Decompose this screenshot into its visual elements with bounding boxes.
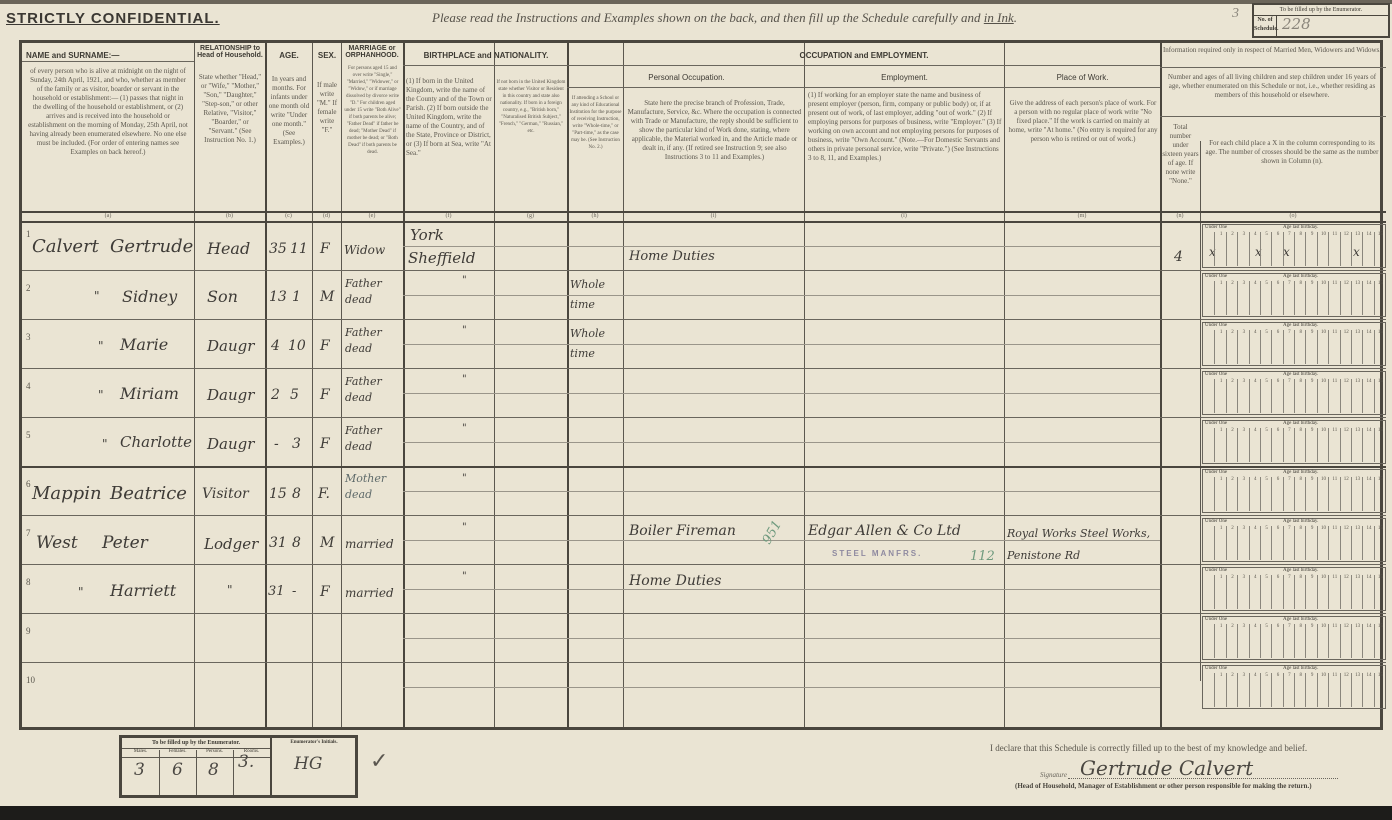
- age-column: 15: [1374, 330, 1386, 364]
- instruction-line: Please read the Instructions and Example…: [432, 10, 1017, 26]
- divider: [194, 43, 195, 727]
- child-age-grid: Under OneAge last birthday.1234567891011…: [1202, 273, 1386, 317]
- enumerator-initials: HG: [294, 754, 322, 774]
- divider: [403, 43, 405, 727]
- child-age-grid: Under One Age last birthday. x x x x 123…: [1202, 224, 1386, 268]
- age-column: 15: [1374, 673, 1386, 707]
- rooms-count: 3.: [238, 752, 254, 772]
- child-age-grid: Under OneAge last birthday.1234567891011…: [1202, 371, 1386, 415]
- occupation-code: 951: [760, 518, 785, 547]
- age-column: 15: [1374, 526, 1386, 560]
- child-age-grid: Under OneAge last birthday.1234567891011…: [1202, 567, 1386, 611]
- child-age-grid: Under OneAge last birthday.1234567891011…: [1202, 616, 1386, 660]
- divider: [312, 43, 313, 727]
- divider: [1004, 43, 1005, 727]
- age-column: 15: [1374, 379, 1386, 413]
- persons-count: 8: [208, 760, 219, 780]
- child-age-grid: Under OneAge last birthday.1234567891011…: [1202, 665, 1386, 709]
- age-column: 15: [1374, 281, 1386, 315]
- divider: [804, 43, 805, 727]
- divider: [265, 43, 267, 727]
- schedule-number: 228: [1282, 15, 1311, 33]
- census-form-table: NAME and SURNAME:— of every person who i…: [19, 40, 1383, 730]
- employment-code: 112: [970, 549, 995, 564]
- forename: Gertrude: [110, 236, 193, 257]
- signature-label: Signature: [1040, 771, 1067, 779]
- child-age-grid: Under OneAge last birthday.1234567891011…: [1202, 518, 1386, 562]
- divider: [623, 43, 624, 727]
- age-column: 15: [1374, 477, 1386, 511]
- age-column: 15: [1374, 428, 1386, 462]
- child-age-grid: Under OneAge last birthday.1234567891011…: [1202, 322, 1386, 366]
- surname: Calvert: [32, 236, 99, 257]
- schedule-number-box: To be filled up by the Enumerator. No. o…: [1252, 3, 1390, 38]
- relationship: Head: [207, 239, 250, 258]
- divider: [494, 43, 495, 727]
- enumerator-summary-box: To be filled up by the Enumerator. Males…: [119, 735, 358, 798]
- top-edge: [0, 0, 1392, 4]
- age-column: 15: [1374, 232, 1386, 266]
- signature: Gertrude Calvert: [1080, 756, 1253, 780]
- bottom-edge: [0, 806, 1392, 820]
- age-column: 15: [1374, 575, 1386, 609]
- females-count: 6: [172, 760, 183, 780]
- divider: [341, 43, 342, 727]
- age-column: 15: [1374, 624, 1386, 658]
- industry-stamp: STEEL MANFRS.: [832, 549, 922, 558]
- check-mark-icon: ✓: [370, 748, 388, 774]
- child-age-grid: Under OneAge last birthday.1234567891011…: [1202, 420, 1386, 464]
- signature-caption: (Head of Household, Manager of Establish…: [1015, 782, 1312, 790]
- males-count: 3: [134, 760, 145, 780]
- corner-mark: 3: [1232, 6, 1239, 22]
- page-title: STRICTLY CONFIDENTIAL.: [6, 10, 220, 27]
- child-age-grid: Under OneAge last birthday.1234567891011…: [1202, 469, 1386, 513]
- declaration-text: I declare that this Schedule is correctl…: [990, 743, 1307, 753]
